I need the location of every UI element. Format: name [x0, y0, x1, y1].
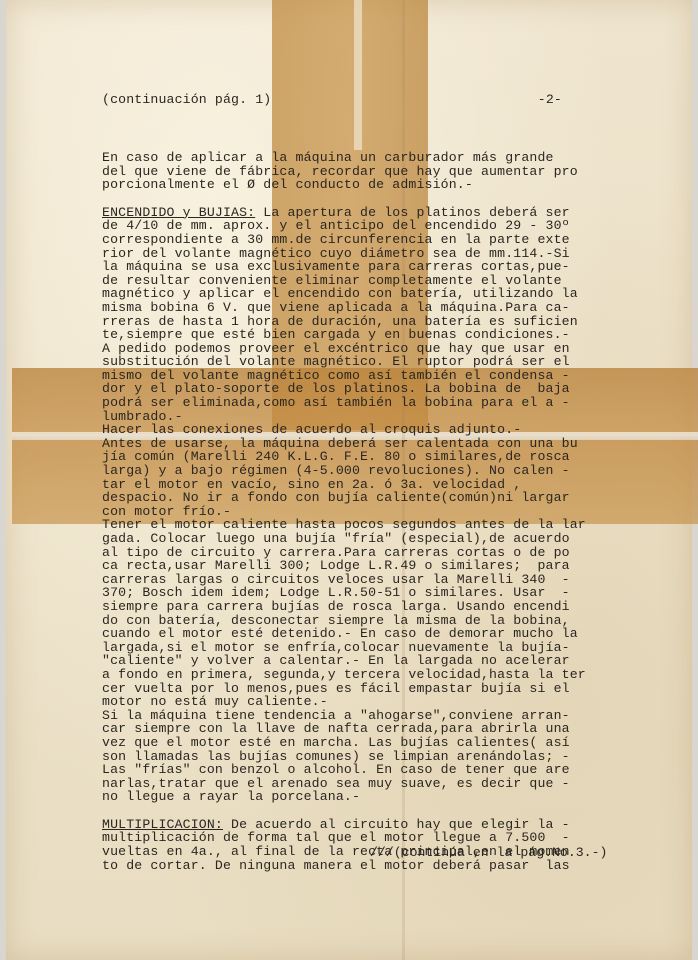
text-line: al tipo de circuito y carrera.Para carre… [102, 546, 602, 560]
text-line: son llamadas las bujías comunes) se limp… [102, 750, 602, 764]
paragraph-gap [102, 192, 602, 206]
text-line: "caliente" y volver a calentar.- En la l… [102, 654, 602, 668]
text-line: vez que el motor esté en marcha. Las buj… [102, 736, 602, 750]
text-line: gada. Colocar luego una bujía "fría" (es… [102, 532, 602, 546]
text-line: podrá ser eliminada,como así también la … [102, 396, 602, 410]
text-line: En caso de aplicar a la máquina un carbu… [102, 151, 602, 165]
text-line: cer vuelta por lo menos,pues es fácil em… [102, 682, 602, 696]
text-line: a fondo en primera, segunda,y tercera ve… [102, 668, 602, 682]
text-line: A pedido podemos proveer el excéntrico q… [102, 342, 602, 356]
text-line: Si la máquina tiene tendencia a "ahogars… [102, 709, 602, 723]
text-line: dor y el plato-soporte de los platinos. … [102, 382, 602, 396]
text-line: te,siempre que esté bien cargada y en bu… [102, 328, 602, 342]
text-line: siempre para carrera bujías de rosca lar… [102, 600, 602, 614]
text-line: MULTIPLICACION: De acuerdo al circuito h… [102, 818, 602, 832]
text-line: porcionalmente el Ø del conducto de admi… [102, 178, 602, 192]
document-body: (continuación pág. 1) -2- En caso de apl… [102, 66, 602, 886]
paragraph-gap [102, 804, 602, 818]
text-line: do con batería, desconectar siempre la m… [102, 614, 602, 628]
text-line: jía común (Marelli 240 K.L.G. F.E. 80 o … [102, 450, 602, 464]
text-line: carreras largas o circuitos veloces usar… [102, 573, 602, 587]
text-line: Tener el motor caliente hasta pocos segu… [102, 518, 602, 532]
text-line: 370; Bosch idem idem; Lodge L.R.50-51 o … [102, 586, 602, 600]
text-line: la máquina se usa exclusivamente para ca… [102, 260, 602, 274]
text-line: substitución del volante magnético. El r… [102, 355, 602, 369]
paragraphs: En caso de aplicar a la máquina un carbu… [102, 151, 602, 872]
continuation-footer: ///(continúa en la pág.No.3.-) [370, 845, 607, 860]
text-line: multiplicación de forma tal que el motor… [102, 831, 602, 845]
text-line: de resultar conveniente eliminar complet… [102, 274, 602, 288]
text-line: mismo del volante magnético como así tam… [102, 369, 602, 383]
text-line: no llegue a rayar la porcelana.- [102, 790, 602, 804]
text-line: Hacer las conexiones de acuerdo al croqu… [102, 423, 602, 437]
text-line: motor no está muy caliente.- [102, 695, 602, 709]
text-line: cuando el motor esté detenido.- En caso … [102, 627, 602, 641]
text-line: to de cortar. De ninguna manera el motor… [102, 859, 602, 873]
text-line: larga) y a bajo régimen (4-5.000 revoluc… [102, 464, 602, 478]
text-line: narlas,tratar que el arenado sea muy sua… [102, 777, 602, 791]
continuation-note: (continuación pág. 1) [102, 93, 271, 107]
text-line: del que viene de fábrica, recordar que h… [102, 165, 602, 179]
text-line: de 4/10 de mm. aprox. y el anticipo del … [102, 219, 602, 233]
text-line: rior del volante magnético cuyo diámetro… [102, 247, 602, 261]
page-number: -2- [538, 93, 562, 107]
text-line: misma bobina 6 V. que viene aplicada a l… [102, 301, 602, 315]
page-header: (continuación pág. 1) -2- [102, 93, 562, 107]
text-line: lumbrado.- [102, 410, 602, 424]
text-line: despacio. No ir a fondo con bujía calien… [102, 491, 602, 505]
text-line: magnético y aplicar el encendido con bat… [102, 287, 602, 301]
text-line: car siempre con la llave de nafta cerrad… [102, 722, 602, 736]
text-line: Antes de usarse, la máquina deberá ser c… [102, 437, 602, 451]
text-line: tar el motor en vacío, sino en 2a. ó 3a.… [102, 478, 602, 492]
text-line: largada,si el motor se enfría,colocar nu… [102, 641, 602, 655]
text-line: Las "frías" con benzol o alcohol. En cas… [102, 763, 602, 777]
text-line: correspondiente a 30 mm.de circunferenci… [102, 233, 602, 247]
text-line: ca recta,usar Marelli 300; Lodge L.R.49 … [102, 559, 602, 573]
text-line: rreras de hasta 1 hora de duración, una … [102, 315, 602, 329]
text-line: ENCENDIDO y BUJIAS: La apertura de los p… [102, 206, 602, 220]
text-line: con motor frío.- [102, 505, 602, 519]
